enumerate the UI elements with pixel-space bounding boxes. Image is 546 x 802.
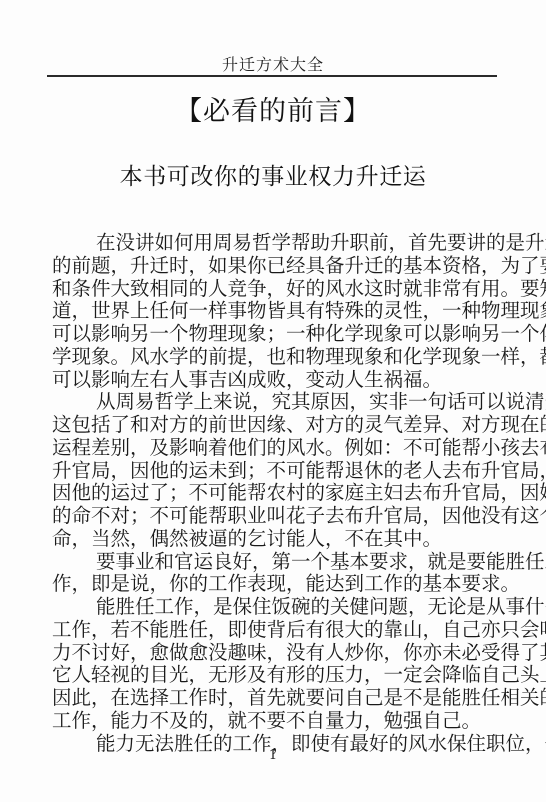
body-line: 它人轻视的目光，无形及有形的压力，一定会降临自己头上。 <box>52 664 494 687</box>
chapter-title: 【必看的前言】 <box>0 89 546 128</box>
body-line: 能胜任工作，是保住饭碗的关健问题，无论是从事什么 <box>52 596 494 619</box>
body-line: 工作，若不能胜任，即使背后有很大的靠山，自己亦只会吃 <box>52 619 494 642</box>
book-page: 升迁方术大全 【必看的前言】 本书可改你的事业权力升迁运 在没讲如何用周易哲学帮… <box>0 0 546 802</box>
body-line: 这包括了和对方的前世因缘、对方的灵气差异、对方现在的 <box>52 414 494 437</box>
section-title: 本书可改你的事业权力升迁运 <box>0 158 546 191</box>
body-line: 从周易哲学上来说，究其原因，实非一句话可以说清楚， <box>52 391 494 414</box>
body-line: 命，当然，偶然被逼的乞讨能人，不在其中。 <box>52 528 494 551</box>
body-line: 的前题，升迁时，如果你已经具备升迁的基本资格，为了要 <box>52 255 494 278</box>
body-line: 力不讨好，愈做愈没趣味，没有人炒你，你亦未必受得了其 <box>52 642 494 665</box>
body-line: 可以影响左右人事吉凶成败，变动人生祸福。 <box>52 369 494 392</box>
running-header: 升迁方术大全 <box>0 52 546 75</box>
body-line: 作，即是说，你的工作表现，能达到工作的基本要求。 <box>52 573 494 596</box>
body-line: 工作，能力不及的，就不要不自量力，勉强自己。 <box>52 710 494 733</box>
body-line: 和条件大致相同的人竞争，好的风水这时就非常有用。要知 <box>52 278 494 301</box>
body-line: 因他的运过了；不可能帮农村的家庭主妇去布升官局，因她 <box>52 482 494 505</box>
body-line: 道，世界上任何一样事物皆具有特殊的灵性，一种物理现象 <box>52 300 494 323</box>
body-line: 在没讲如何用周易哲学帮助升职前，首先要讲的是升迁 <box>52 232 494 255</box>
body-line: 升官局，因他的运未到；不可能帮退休的老人去布升官局， <box>52 460 494 483</box>
body-line: 运程差别，及影响着他们的风水。例如：不可能帮小孩去布 <box>52 437 494 460</box>
body-line: 因此，在选择工作时，首先就要问自己是不是能胜任相关的 <box>52 687 494 710</box>
body-line: 可以影响另一个物理现象；一种化学现象可以影响另一个化 <box>52 323 494 346</box>
body-text: 在没讲如何用周易哲学帮助升职前，首先要讲的是升迁的前题，升迁时，如果你已经具备升… <box>52 232 494 755</box>
page-number: 1 <box>0 748 546 763</box>
body-line: 学现象。风水学的前提，也和物理现象和化学现象一样，都 <box>52 346 494 369</box>
header-rule <box>47 75 497 77</box>
body-line: 要事业和官运良好，第一个基本要求，就是要能胜任工 <box>52 551 494 574</box>
body-line: 的命不对；不可能帮职业叫花子去布升官局，因他没有这个 <box>52 505 494 528</box>
